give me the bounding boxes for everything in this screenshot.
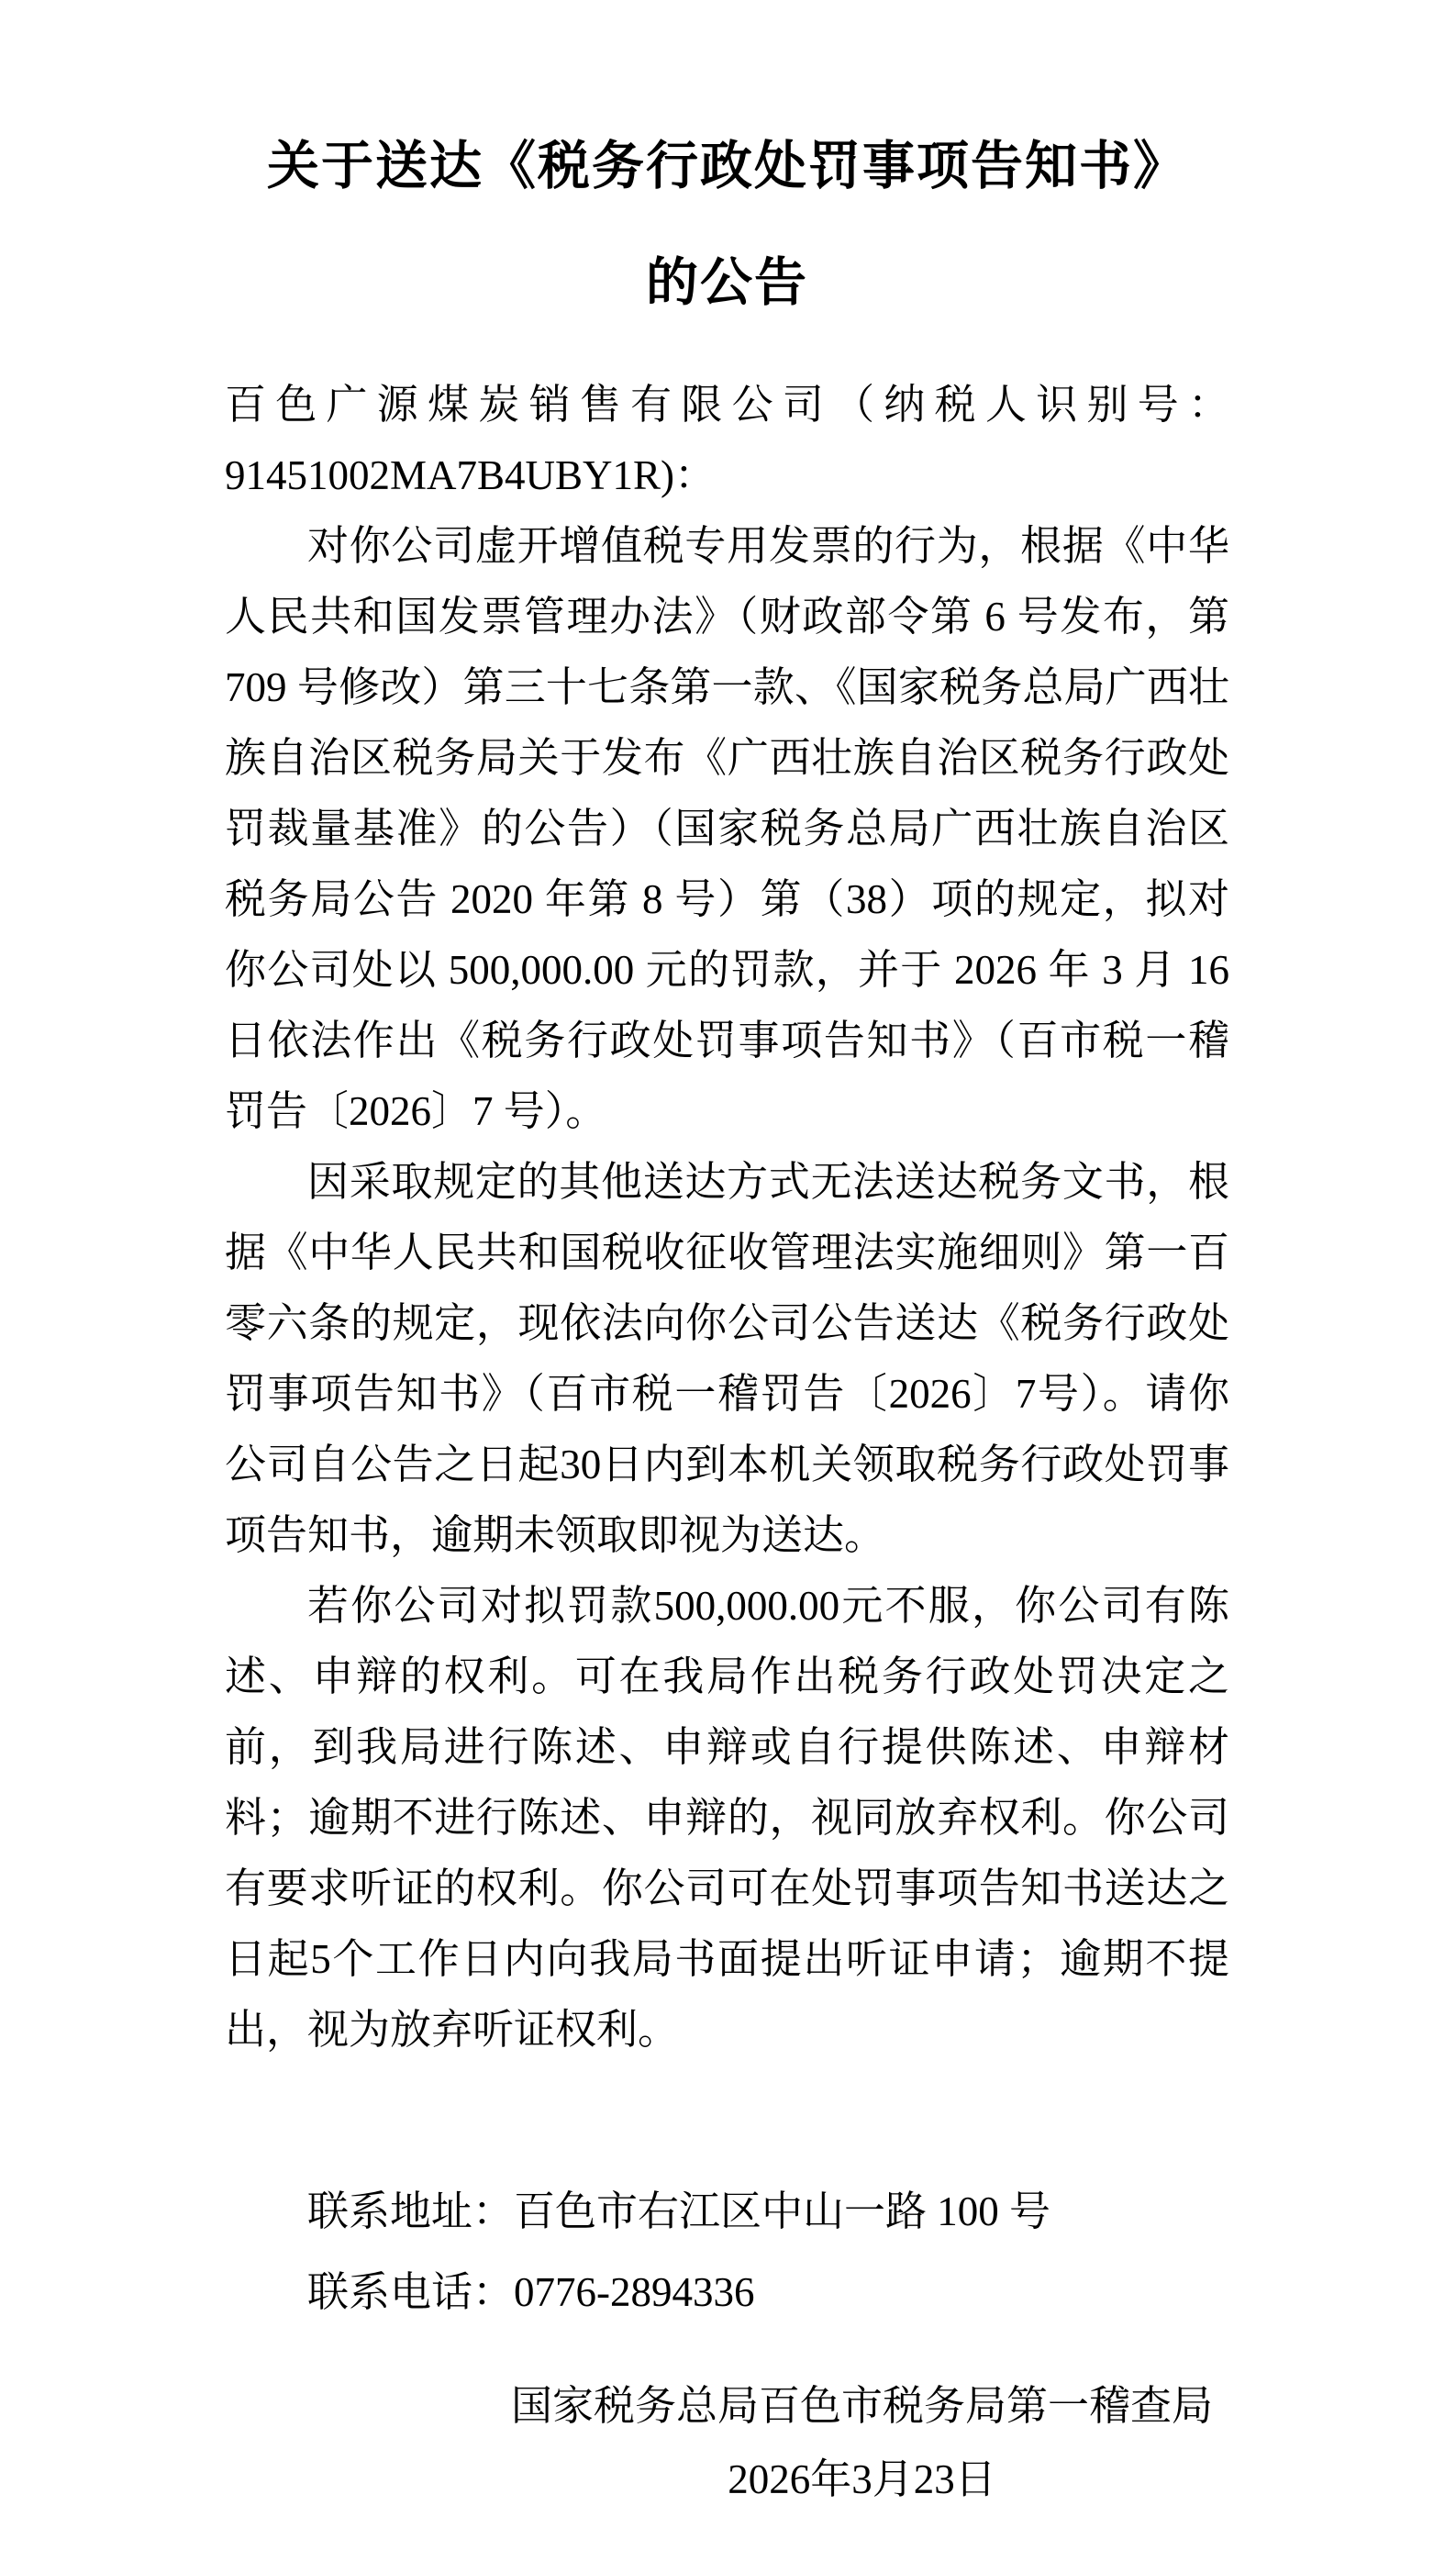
title-line-2: 的公告 (225, 225, 1229, 341)
body-paragraph-penalty-basis: 对你公司虚开增值税专用发票的行为，根据《中华人民共和国发票管理办法》（财政部令第… (225, 511, 1229, 1147)
contact-phone-label: 联系电话： (307, 2269, 514, 2315)
document-body: 百色广源煤炭销售有限公司（纳税人识别号：91451002MA7B4UBY1R)：… (225, 370, 1229, 2516)
title-line-1: 关于送达《税务行政处罚事项告知书》 (225, 108, 1229, 225)
issuer-name: 国家税务总局百色市税务局第一稽查局 (511, 2369, 1213, 2443)
body-paragraph-service-by-announcement: 因采取规定的其他送达方式无法送达税务文书，根据《中华人民共和国税收征收管理法实施… (225, 1147, 1229, 1571)
contact-block: 联系地址：百色市右江区中山一路 100 号 联系电话：0776-2894336 (225, 2171, 1229, 2333)
body-paragraph-rights-statement: 若你公司对拟罚款500,000.00元不服，你公司有陈述、申辩的权利。可在我局作… (225, 1571, 1229, 2066)
contact-address-label: 联系地址： (307, 2188, 514, 2234)
document-title: 关于送达《税务行政处罚事项告知书》 的公告 (225, 108, 1229, 341)
announcement-document: 关于送达《税务行政处罚事项告知书》 的公告 百色广源煤炭销售有限公司（纳税人识别… (0, 0, 1456, 2561)
contact-address-value: 百色市右江区中山一路 100 号 (514, 2188, 1050, 2234)
issue-date: 2026年3月23日 (511, 2443, 1213, 2516)
contact-phone-line: 联系电话：0776-2894336 (307, 2252, 1229, 2333)
contact-phone-value: 0776-2894336 (514, 2269, 755, 2315)
signature-block: 国家税务总局百色市税务局第一稽查局 2026年3月23日 (511, 2369, 1213, 2516)
contact-address-line: 联系地址：百色市右江区中山一路 100 号 (307, 2171, 1229, 2252)
recipient-salutation: 百色广源煤炭销售有限公司（纳税人识别号：91451002MA7B4UBY1R)： (225, 370, 1229, 511)
